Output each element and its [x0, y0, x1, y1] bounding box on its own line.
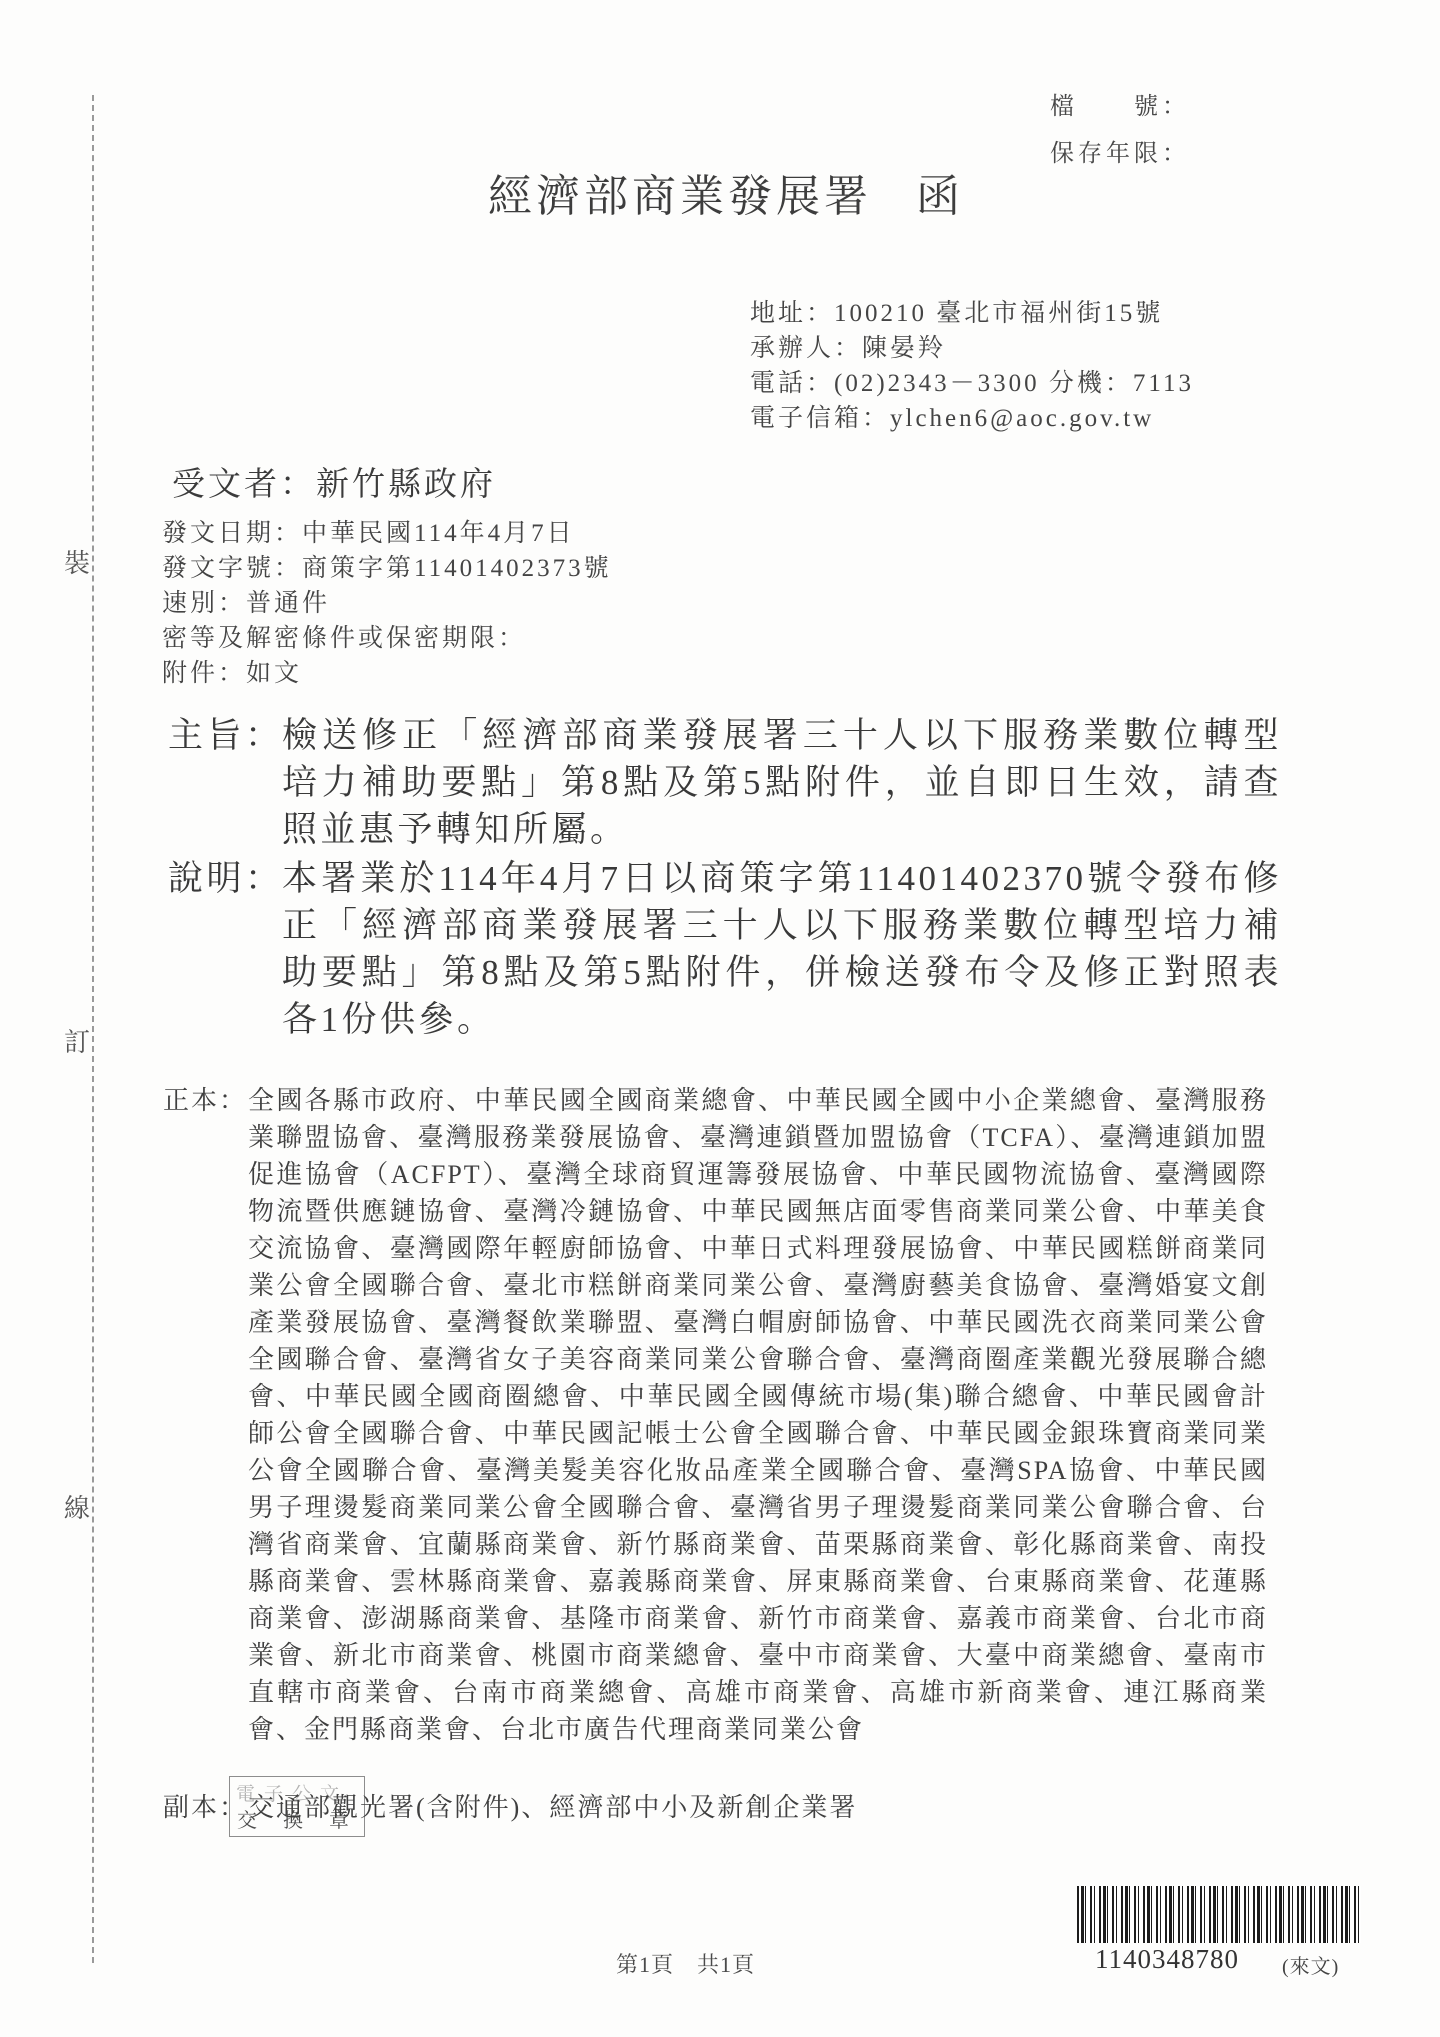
address-line: 地址：100210 臺北市福州街15號 — [750, 296, 1194, 331]
email-line: 電子信箱：ylchen6@aoc.gov.tw — [750, 401, 1194, 436]
binding-dashed-line — [92, 95, 94, 1963]
barcode — [1077, 1886, 1361, 1943]
primary-recipients-paragraph: 正本： 全國各縣市政府、中華民國全國商業總會、中華民國全國中小企業總會、臺灣服務… — [163, 1082, 1273, 1748]
recipient-line: 受文者：新竹縣政府 — [172, 458, 496, 505]
document-type: 函 — [916, 172, 964, 221]
cc-recipients-paragraph: 副本： 交通部觀光署(含附件)、經濟部中小及新創企業署 — [163, 1789, 1273, 1826]
official-letter-page: 裝 訂 線 檔 號： 保存年限： 經濟部商業發展署函 地址：100210 臺北市… — [0, 0, 1440, 2037]
page-number-info: 第1頁 共1頁 — [616, 1948, 755, 1979]
margin-mark-zhuang: 裝 — [62, 543, 92, 580]
agency-name: 經濟部商業發展署 — [488, 172, 872, 221]
primary-recipients-text: 全國各縣市政府、中華民國全國商業總會、中華民國全國中小企業總會、臺灣服務業聯盟協… — [163, 1082, 1268, 1748]
explanation-paragraph: 說明： 本署業於114年4月7日以商策字第11401402370號令發布修正「經… — [168, 855, 1288, 1043]
document-title: 經濟部商業發展署函 — [488, 160, 964, 224]
issue-date-line: 發文日期：中華民國114年4月7日 — [162, 516, 612, 551]
archive-label-block: 檔 號： 保存年限： — [1050, 84, 1190, 178]
barcode-incoming-tag: (來文) — [1282, 1950, 1339, 1979]
doc-info-block: 發文日期：中華民國114年4月7日 發文字號：商策字第11401402373號 … — [162, 516, 612, 691]
subject-text: 檢送修正「經濟部商業發展署三十人以下服務業數位轉型培力補助要點」第8點及第5點附… — [168, 712, 1282, 853]
barcode-number: 1140348780 — [1095, 1944, 1239, 1975]
cc-recipients-text: 交通部觀光署(含附件)、經濟部中小及新創企業署 — [163, 1789, 1268, 1826]
doc-number-line: 發文字號：商策字第11401402373號 — [162, 551, 612, 586]
file-number-label: 檔 號： — [1050, 84, 1190, 131]
contact-person-line: 承辦人：陳晏羚 — [750, 331, 1194, 366]
phone-line: 電話：(02)2343－3300 分機：7113 — [750, 366, 1194, 401]
contact-block: 地址：100210 臺北市福州街15號 承辦人：陳晏羚 電話：(02)2343－… — [750, 296, 1194, 436]
speed-class-line: 速別：普通件 — [162, 586, 612, 621]
margin-mark-xian: 線 — [62, 1488, 92, 1525]
retention-period-label: 保存年限： — [1050, 131, 1190, 178]
cc-recipients-label: 副本： — [163, 1789, 247, 1826]
security-class-line: 密等及解密條件或保密期限： — [162, 621, 612, 656]
explanation-label: 說明： — [168, 855, 284, 902]
primary-recipients-label: 正本： — [163, 1082, 247, 1119]
subject-label: 主旨： — [168, 712, 284, 759]
subject-paragraph: 主旨： 檢送修正「經濟部商業發展署三十人以下服務業數位轉型培力補助要點」第8點及… — [168, 712, 1288, 853]
margin-mark-ding: 訂 — [62, 1022, 92, 1059]
attachment-line: 附件：如文 — [162, 656, 612, 691]
explanation-text: 本署業於114年4月7日以商策字第11401402370號令發布修正「經濟部商業… — [168, 855, 1282, 1043]
